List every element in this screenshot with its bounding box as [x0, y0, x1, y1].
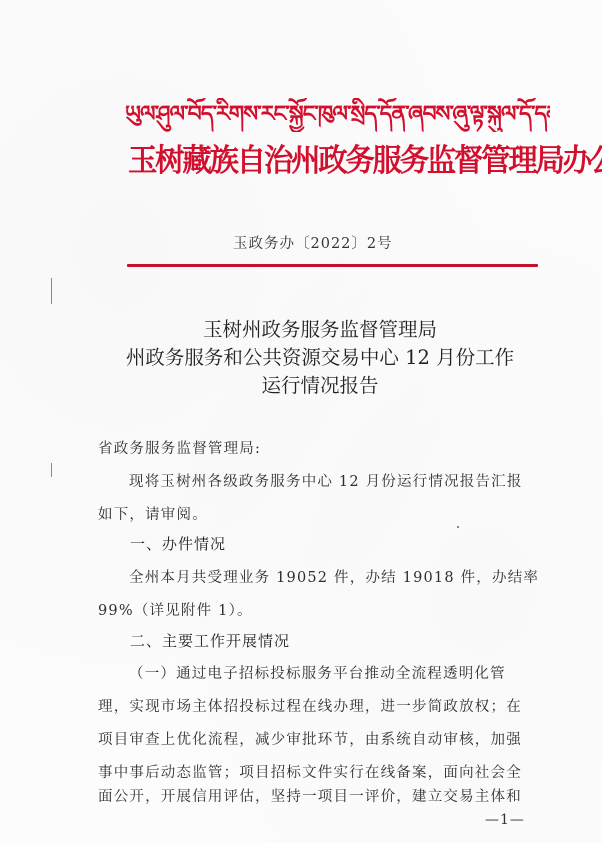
- title-line-2: 州政务服务和公共资源交易中心 12 月份工作: [90, 344, 550, 372]
- issuing-office-header: 玉树藏族自治州政务服务监督管理局办公室文件: [128, 140, 527, 182]
- section-1-line-1: 全州本月共受理业务 19052 件，办结 19018 件，办结率: [129, 566, 571, 587]
- tibetan-header: ཡུལ་ཤུལ་བོད་རིགས་རང་སྐྱོང་ཁུལ་སྲིད་དོན་ཞ…: [125, 98, 550, 132]
- section-2-para-line-2: 理，实现市场主体招投标过程在线办理，进一步简政放权；在: [98, 695, 540, 716]
- section-2-para-line-4: 事中事后动态监管；项目招标文件实行在线备案，面向社会全: [98, 761, 540, 782]
- section-2-para-line-5: 面公开，开展信用评估，坚持一项目一评价，建立交易主体和: [98, 785, 540, 806]
- section-1-line-2: 99%（详见附件 1）。: [98, 599, 540, 620]
- section-1-heading: 一、办件情况: [130, 533, 226, 554]
- section-2-para-line-1: （一）通过电子招标投标服务平台推动全流程透明化管: [129, 662, 571, 683]
- binding-mark: [51, 278, 52, 304]
- section-2-heading: 二、主要工作开展情况: [130, 630, 290, 651]
- title-line-1: 玉树州政务服务监督管理局: [90, 316, 550, 344]
- scan-speck: [457, 526, 459, 528]
- document-number: 玉政务办〔2022〕2号: [233, 232, 393, 253]
- document-title: 玉树州政务服务监督管理局 州政务服务和公共资源交易中心 12 月份工作 运行情况…: [90, 316, 550, 400]
- page-number: —1—: [485, 812, 525, 828]
- section-2-para-line-3: 项目审查上优化流程，减少审批环节，由系统自动审核，加强: [98, 728, 540, 749]
- intro-paragraph-line-2: 如下，请审阅。: [98, 503, 540, 524]
- document-page: ཡུལ་ཤུལ་བོད་རིགས་རང་སྐྱོང་ཁུལ་སྲིད་དོན་ཞ…: [0, 0, 602, 843]
- salutation: 省政务服务监督管理局:: [98, 437, 540, 458]
- intro-paragraph-line-1: 现将玉树州各级政务服务中心 12 月份运行情况报告汇报: [129, 470, 571, 491]
- binding-mark: [51, 463, 52, 477]
- title-line-3: 运行情况报告: [90, 372, 550, 400]
- red-header-rule: [127, 264, 538, 267]
- tibetan-header-text: ཡུལ་ཤུལ་བོད་རིགས་རང་སྐྱོང་ཁུལ་སྲིད་དོན་ཞ…: [125, 102, 550, 127]
